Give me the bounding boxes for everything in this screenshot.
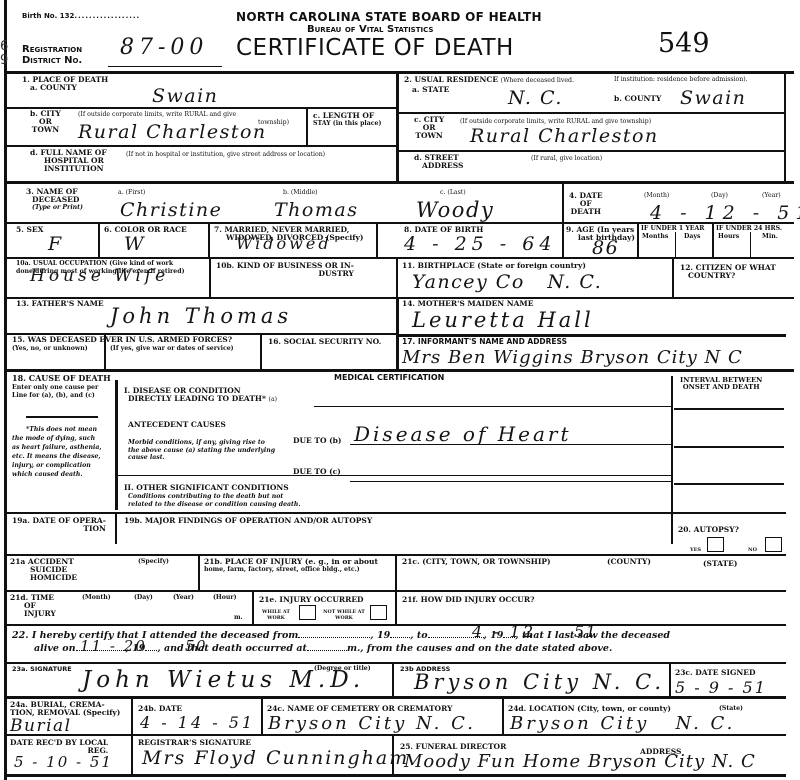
race-value: W (124, 234, 145, 254)
disease-condition-label: I. DISEASE OR CONDITION DIRECTLY LEADING… (124, 387, 277, 404)
injury-city-label: 21c. (CITY, TOWN, OR TOWNSHIP) (402, 558, 551, 566)
cause-of-death-label: 18. CAUSE OF DEATH (12, 374, 111, 382)
father-name-value: John Thomas (110, 306, 292, 326)
funeral-director-value: Moody Fun Home Bryson City N. C (404, 752, 756, 772)
residence-county-value: Swain (680, 88, 746, 108)
residence-city-value: Rural Charleston (470, 126, 659, 146)
injury-county-label: (COUNTY) (607, 558, 651, 566)
burial-date-label: 24b. DATE (138, 705, 182, 713)
deceased-name-label: 3. NAME OF DECEASED (Type or Print) (26, 188, 83, 212)
medical-certification-heading: MEDICAL CERTIFICATION (334, 374, 444, 382)
date-received-value: 5 - 10 - 51 (14, 752, 113, 772)
page-title: CERTIFICATE OF DEATH (236, 35, 514, 61)
social-security-label: 16. SOCIAL SECURITY NO. (268, 338, 381, 346)
due-to-b-label: DUE TO (b) (293, 437, 341, 445)
autopsy-no-checkbox[interactable] (765, 537, 782, 552)
autopsy-yes-checkbox[interactable] (707, 537, 724, 552)
date-signed-label: 23c. DATE SIGNED (675, 669, 755, 677)
last-name-value: Woody (416, 200, 494, 220)
cause-footnote: *This does not mean the mode of dying, s… (12, 425, 102, 479)
antecedent-causes-label: ANTECEDENT CAUSES (128, 421, 226, 429)
registrar-signature-value: Mrs Floyd Cunningham (142, 748, 409, 768)
hospital-hint: (If not in hospital or institution, give… (126, 151, 325, 159)
citizen-label: 12. CITIZEN OF WHAT COUNTRY? (680, 264, 776, 280)
physician-signature-value: John Wietus M.D. (82, 670, 365, 690)
other-conditions-label: II. OTHER SIGNIFICANT CONDITIONS (124, 484, 289, 492)
attended-to-date-value: 4 - 12 (472, 622, 536, 642)
death-city-label: b. CITY OR TOWN (30, 110, 61, 134)
injury-occurred-label: 21e. INJURY OCCURRED (259, 596, 364, 604)
sex-value: F (48, 234, 63, 254)
business-label: 10b. KIND OF BUSINESS OR IN- DUSTRY (216, 262, 354, 278)
cemetery-value: Bryson City N. C. (268, 714, 476, 734)
disposition-label: 24a. BURIAL, CREMA- TION, REMOVAL (Speci… (10, 701, 120, 717)
residence-state-value: N. C. (508, 88, 563, 108)
birthplace-value: Yancey Co N. C. (412, 272, 602, 292)
registrar-signature-label: REGISTRAR'S SIGNATURE (138, 739, 251, 747)
date-of-birth-value: 4 - 25 - 64 (404, 234, 556, 254)
institution-hint: If institution: residence before admissi… (614, 76, 748, 84)
date-of-death-value: 4 - 12 - 51 (650, 203, 800, 223)
burial-date-value: 4 - 14 - 51 (140, 713, 255, 733)
usual-residence-label: 2. USUAL RESIDENCE (Where deceased lived… (404, 76, 574, 85)
father-name-label: 13. FATHER'S NAME (16, 300, 104, 308)
bureau-name: Bureau of Vital Statistics (307, 24, 433, 35)
due-to-b-value: Disease of Heart (354, 424, 572, 444)
residence-state-label: a. STATE (412, 86, 449, 94)
operation-findings-label: 19b. MAJOR FINDINGS OF OPERATION AND/OR … (124, 517, 372, 525)
not-while-at-work-checkbox[interactable] (370, 605, 387, 620)
race-label: 6. COLOR OR RACE (104, 226, 187, 234)
operation-date-label: 19a. DATE OF OPERA- TION (12, 517, 106, 533)
age-value: 86 (592, 238, 619, 258)
margin-marks: 69 (0, 40, 8, 68)
length-of-stay-label: c. LENGTH OF STAY (in this place) (313, 112, 381, 128)
marital-value: Widowed (236, 234, 332, 254)
place-of-death-label: 1. PLACE OF DEATH a. COUNTY (22, 76, 108, 92)
certificate-number: 549 (658, 28, 710, 59)
informant-value: Mrs Ben Wiggins Bryson City N C (402, 348, 743, 368)
agency-name: NORTH CAROLINA STATE BOARD OF HEALTH (236, 10, 542, 24)
residence-county-label: b. COUNTY (614, 95, 661, 103)
middle-name-value: Thomas (274, 200, 358, 220)
street-address-hint: (If rural, give location) (531, 155, 602, 163)
birth-number: Birth No. 132.................. (22, 12, 140, 20)
attended-to-year-value: 51 (574, 622, 597, 642)
funeral-director-label: 25. FUNERAL DIRECTOR (400, 743, 506, 751)
last-seen-year-value: 50 (185, 636, 207, 656)
due-to-c-label: DUE TO (c) (293, 468, 341, 476)
occupation-value: House Wife (30, 266, 169, 286)
burial-location-value: Bryson City N. C. (510, 714, 735, 734)
last-seen-date-value: 11 - 20 (80, 636, 147, 656)
death-county-value: Swain (152, 86, 218, 106)
mother-maiden-name-value: Leuretta Hall (412, 310, 594, 330)
burial-location-label: 24d. LOCATION (City, town, or county) (508, 705, 671, 713)
accident-label: 21a ACCIDENT SUICIDE HOMICIDE (10, 558, 77, 582)
disposition-value: Burial (10, 716, 72, 736)
autopsy-label: 20. AUTOPSY? (678, 526, 739, 534)
physician-address-value: Bryson City N. C. (414, 672, 665, 692)
injury-time-label: 21d. TIME OF INJURY (10, 594, 56, 618)
injury-state-label: (STATE) (703, 560, 737, 568)
registration-district-label: Registration District No. (22, 44, 82, 66)
interval-label: INTERVAL BETWEEN ONSET AND DEATH (680, 377, 762, 391)
death-city-hint: (If outside corporate limits, write RURA… (78, 111, 236, 119)
birthplace-label: 11. BIRTHPLACE (State or foreign country… (402, 262, 586, 270)
residence-city-label: c. CITY OR TOWN (414, 116, 444, 140)
how-injury-occurred-label: 21f. HOW DID INJURY OCCUR? (402, 596, 534, 604)
signature-label: 23a. SIGNATURE (12, 665, 72, 673)
date-signed-value: 5 - 9 - 51 (675, 678, 767, 698)
hospital-label: d. FULL NAME OF HOSPITAL OR INSTITUTION (30, 149, 107, 173)
armed-forces-label: 15. WAS DECEASED EVER IN U.S. ARMED FORC… (12, 336, 232, 344)
street-address-label: d. STREET ADDRESS (414, 154, 463, 170)
sex-label: 5. SEX (16, 226, 43, 234)
informant-label: 17. INFORMANT'S NAME AND ADDRESS (402, 338, 567, 346)
cemetery-label: 24c. NAME OF CEMETERY OR CREMATORY (267, 705, 452, 713)
death-city-value: Rural Charleston (78, 122, 267, 142)
registration-district-value: 87-00 (120, 38, 208, 58)
mother-maiden-name-label: 14. MOTHER'S MAIDEN NAME (402, 300, 533, 308)
injury-place-label: 21b. PLACE OF INJURY (e. g., in or about… (204, 558, 378, 574)
while-at-work-checkbox[interactable] (299, 605, 316, 620)
date-of-death-label: 4. DATE OF DEATH (569, 192, 603, 216)
first-name-value: Christine (120, 200, 222, 220)
